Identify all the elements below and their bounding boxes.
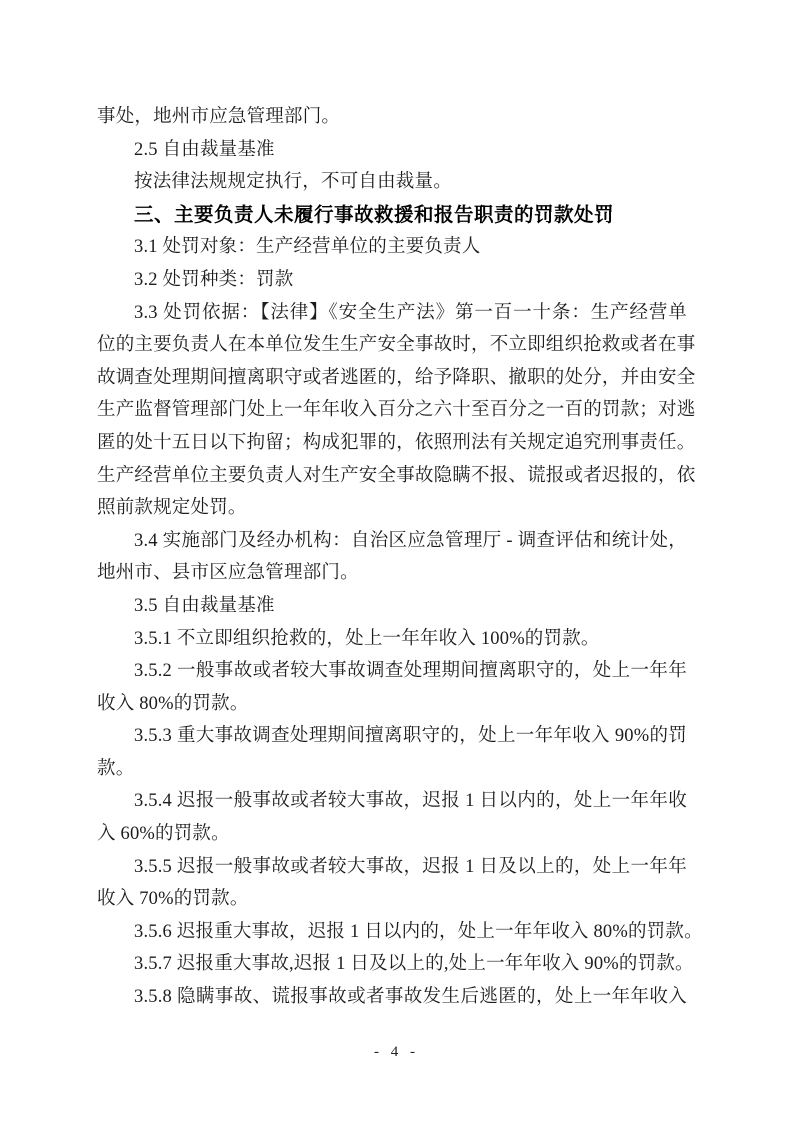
- text-line: 入 60%的罚款。: [97, 818, 687, 851]
- page-number: - 4 -: [374, 1044, 419, 1060]
- text-line: 3.5 自由裁量基准: [97, 590, 687, 623]
- text-line: 3.3 处罚依据：【法律】《安全生产法》第一百一十条：生产经营单: [97, 297, 687, 330]
- text-line: 位的主要负责人在本单位发生生产安全事故时，不立即组织抢救或者在事: [97, 329, 687, 362]
- text-line: 匿的处十五日以下拘留；构成犯罪的，依照刑法有关规定追究刑事责任。: [97, 427, 687, 460]
- text-line: 款。: [97, 753, 687, 786]
- text-line: 3.5.8 隐瞒事故、谎报事故或者事故发生后逃匿的，处上一年年收入: [97, 981, 687, 1014]
- text-line: 3.5.4 迟报一般事故或者较大事故，迟报 1 日以内的，处上一年年收: [97, 785, 687, 818]
- text-line: 3.5.2 一般事故或者较大事故调查处理期间擅离职守的，处上一年年: [97, 655, 687, 688]
- text-line: 3.5.5 迟报一般事故或者较大事故，迟报 1 日及以上的，处上一年年: [97, 851, 687, 884]
- section-heading: 三、主要负责人未履行事故救援和报告职责的罚款处罚: [97, 199, 687, 232]
- text-line: 3.5.7 迟报重大事故,迟报 1 日及以上的,处上一年年收入 90%的罚款。: [97, 948, 687, 981]
- text-line: 3.5.6 迟报重大事故，迟报 1 日以内的，处上一年年收入 80%的罚款。: [97, 916, 687, 949]
- text-line: 收入 80%的罚款。: [97, 688, 687, 721]
- text-line: 3.5.3 重大事故调查处理期间擅离职守的，处上一年年收入 90%的罚: [97, 720, 687, 753]
- page-footer: - 4 -: [0, 1043, 793, 1061]
- text-line: 照前款规定处罚。: [97, 492, 687, 525]
- text-line: 3.5.1 不立即组织抢救的，处上一年年收入 100%的罚款。: [97, 623, 687, 656]
- text-line: 按法律法规规定执行，不可自由裁量。: [97, 166, 687, 199]
- text-line: 事处，地州市应急管理部门。: [97, 101, 687, 134]
- text-line: 地州市、县市区应急管理部门。: [97, 557, 687, 590]
- text-line: 3.4 实施部门及经办机构：自治区应急管理厅 - 调查评估和统计处，: [97, 525, 687, 558]
- text-line: 3.1 处罚对象：生产经营单位的主要负责人: [97, 231, 687, 264]
- text-line: 收入 70%的罚款。: [97, 883, 687, 916]
- document-body: 事处，地州市应急管理部门。2.5 自由裁量基准按法律法规规定执行，不可自由裁量。…: [97, 101, 687, 1014]
- text-line: 生产监督管理部门处上一年年收入百分之六十至百分之一百的罚款；对逃: [97, 394, 687, 427]
- text-line: 故调查处理期间擅离职守或者逃匿的，给予降职、撤职的处分，并由安全: [97, 362, 687, 395]
- text-line: 2.5 自由裁量基准: [97, 134, 687, 167]
- text-line: 生产经营单位主要负责人对生产安全事故隐瞒不报、谎报或者迟报的，依: [97, 460, 687, 493]
- document-page: 事处，地州市应急管理部门。2.5 自由裁量基准按法律法规规定执行，不可自由裁量。…: [0, 0, 793, 1122]
- text-line: 3.2 处罚种类：罚款: [97, 264, 687, 297]
